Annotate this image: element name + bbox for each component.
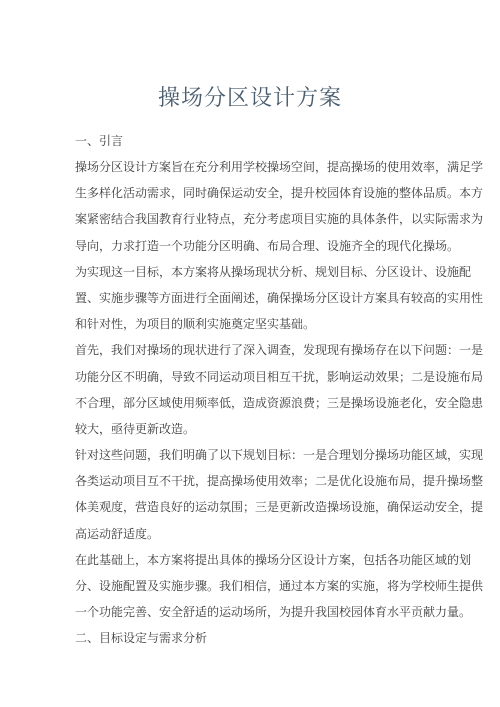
text-line: 为实现这一目标，本方案将从操场现状分析、规划目标、分区设计、设施配 [75,259,431,285]
text-line: 一个功能完善、安全舒适的运动场所，为提升我国校园体育水平贡献力量。 [75,599,431,625]
text-line: 置、实施步骤等方面进行全面阐述，确保操场分区设计方案具有较高的实用性 [75,285,431,311]
paragraph-conclusion: 在此基础上，本方案将提出具体的操场分区设计方案，包括各功能区域的划 分、设施配置… [75,547,431,626]
text-line: 导向，力求打造一个功能分区明确、布局合理、设施齐全的现代化操场。 [75,233,431,259]
text-line: 功能分区不明确，导致不同运动项目相互干扰，影响运动效果；二是设施布局 [75,364,431,390]
text-line: 在此基础上，本方案将提出具体的操场分区设计方案，包括各功能区域的划 [75,547,431,573]
section-heading-introduction: 一、引言 [75,128,431,154]
section-heading-goals-and-needs: 二、目标设定与需求分析 [75,625,431,651]
text-line: 和针对性，为项目的顺利实施奠定坚实基础。 [75,311,431,337]
paragraph-planning-goals: 针对这些问题，我们明确了以下规划目标：一是合理划分操场功能区域，实现 各类运动项… [75,442,431,547]
document-title: 操场分区设计方案 [0,84,500,114]
text-line: 高运动舒适度。 [75,521,431,547]
text-line: 针对这些问题，我们明确了以下规划目标：一是合理划分操场功能区域，实现 [75,442,431,468]
text-line: 体美观度，营造良好的运动氛围；三是更新改造操场设施，确保运动安全，提 [75,494,431,520]
text-line: 较大，亟待更新改造。 [75,416,431,442]
text-line: 不合理，部分区域使用频率低，造成资源浪费；三是操场设施老化，安全隐患 [75,390,431,416]
text-line: 各类运动项目互不干扰，提高操场使用效率；二是优化设施布局，提升操场整 [75,468,431,494]
paragraph-approach: 为实现这一目标，本方案将从操场现状分析、规划目标、分区设计、设施配 置、实施步骤… [75,259,431,338]
paragraph-current-problems: 首先，我们对操场的现状进行了深入调查，发现现有操场存在以下问题：一是 功能分区不… [75,337,431,442]
text-line: 操场分区设计方案旨在充分利用学校操场空间，提高操场的使用效率，满足学 [75,154,431,180]
paragraph-purpose: 操场分区设计方案旨在充分利用学校操场空间，提高操场的使用效率，满足学 生多样化活… [75,154,431,259]
document-body: 一、引言 操场分区设计方案旨在充分利用学校操场空间，提高操场的使用效率，满足学 … [75,128,431,651]
text-line: 分、设施配置及实施步骤。我们相信，通过本方案的实施，将为学校师生提供 [75,573,431,599]
text-line: 生多样化活动需求，同时确保运动安全，提升校园体育设施的整体品质。本方 [75,180,431,206]
text-line: 案紧密结合我国教育行业特点，充分考虑项目实施的具体条件，以实际需求为 [75,206,431,232]
document-page: 操场分区设计方案 一、引言 操场分区设计方案旨在充分利用学校操场空间，提高操场的… [0,0,500,707]
text-line: 首先，我们对操场的现状进行了深入调查，发现现有操场存在以下问题：一是 [75,337,431,363]
